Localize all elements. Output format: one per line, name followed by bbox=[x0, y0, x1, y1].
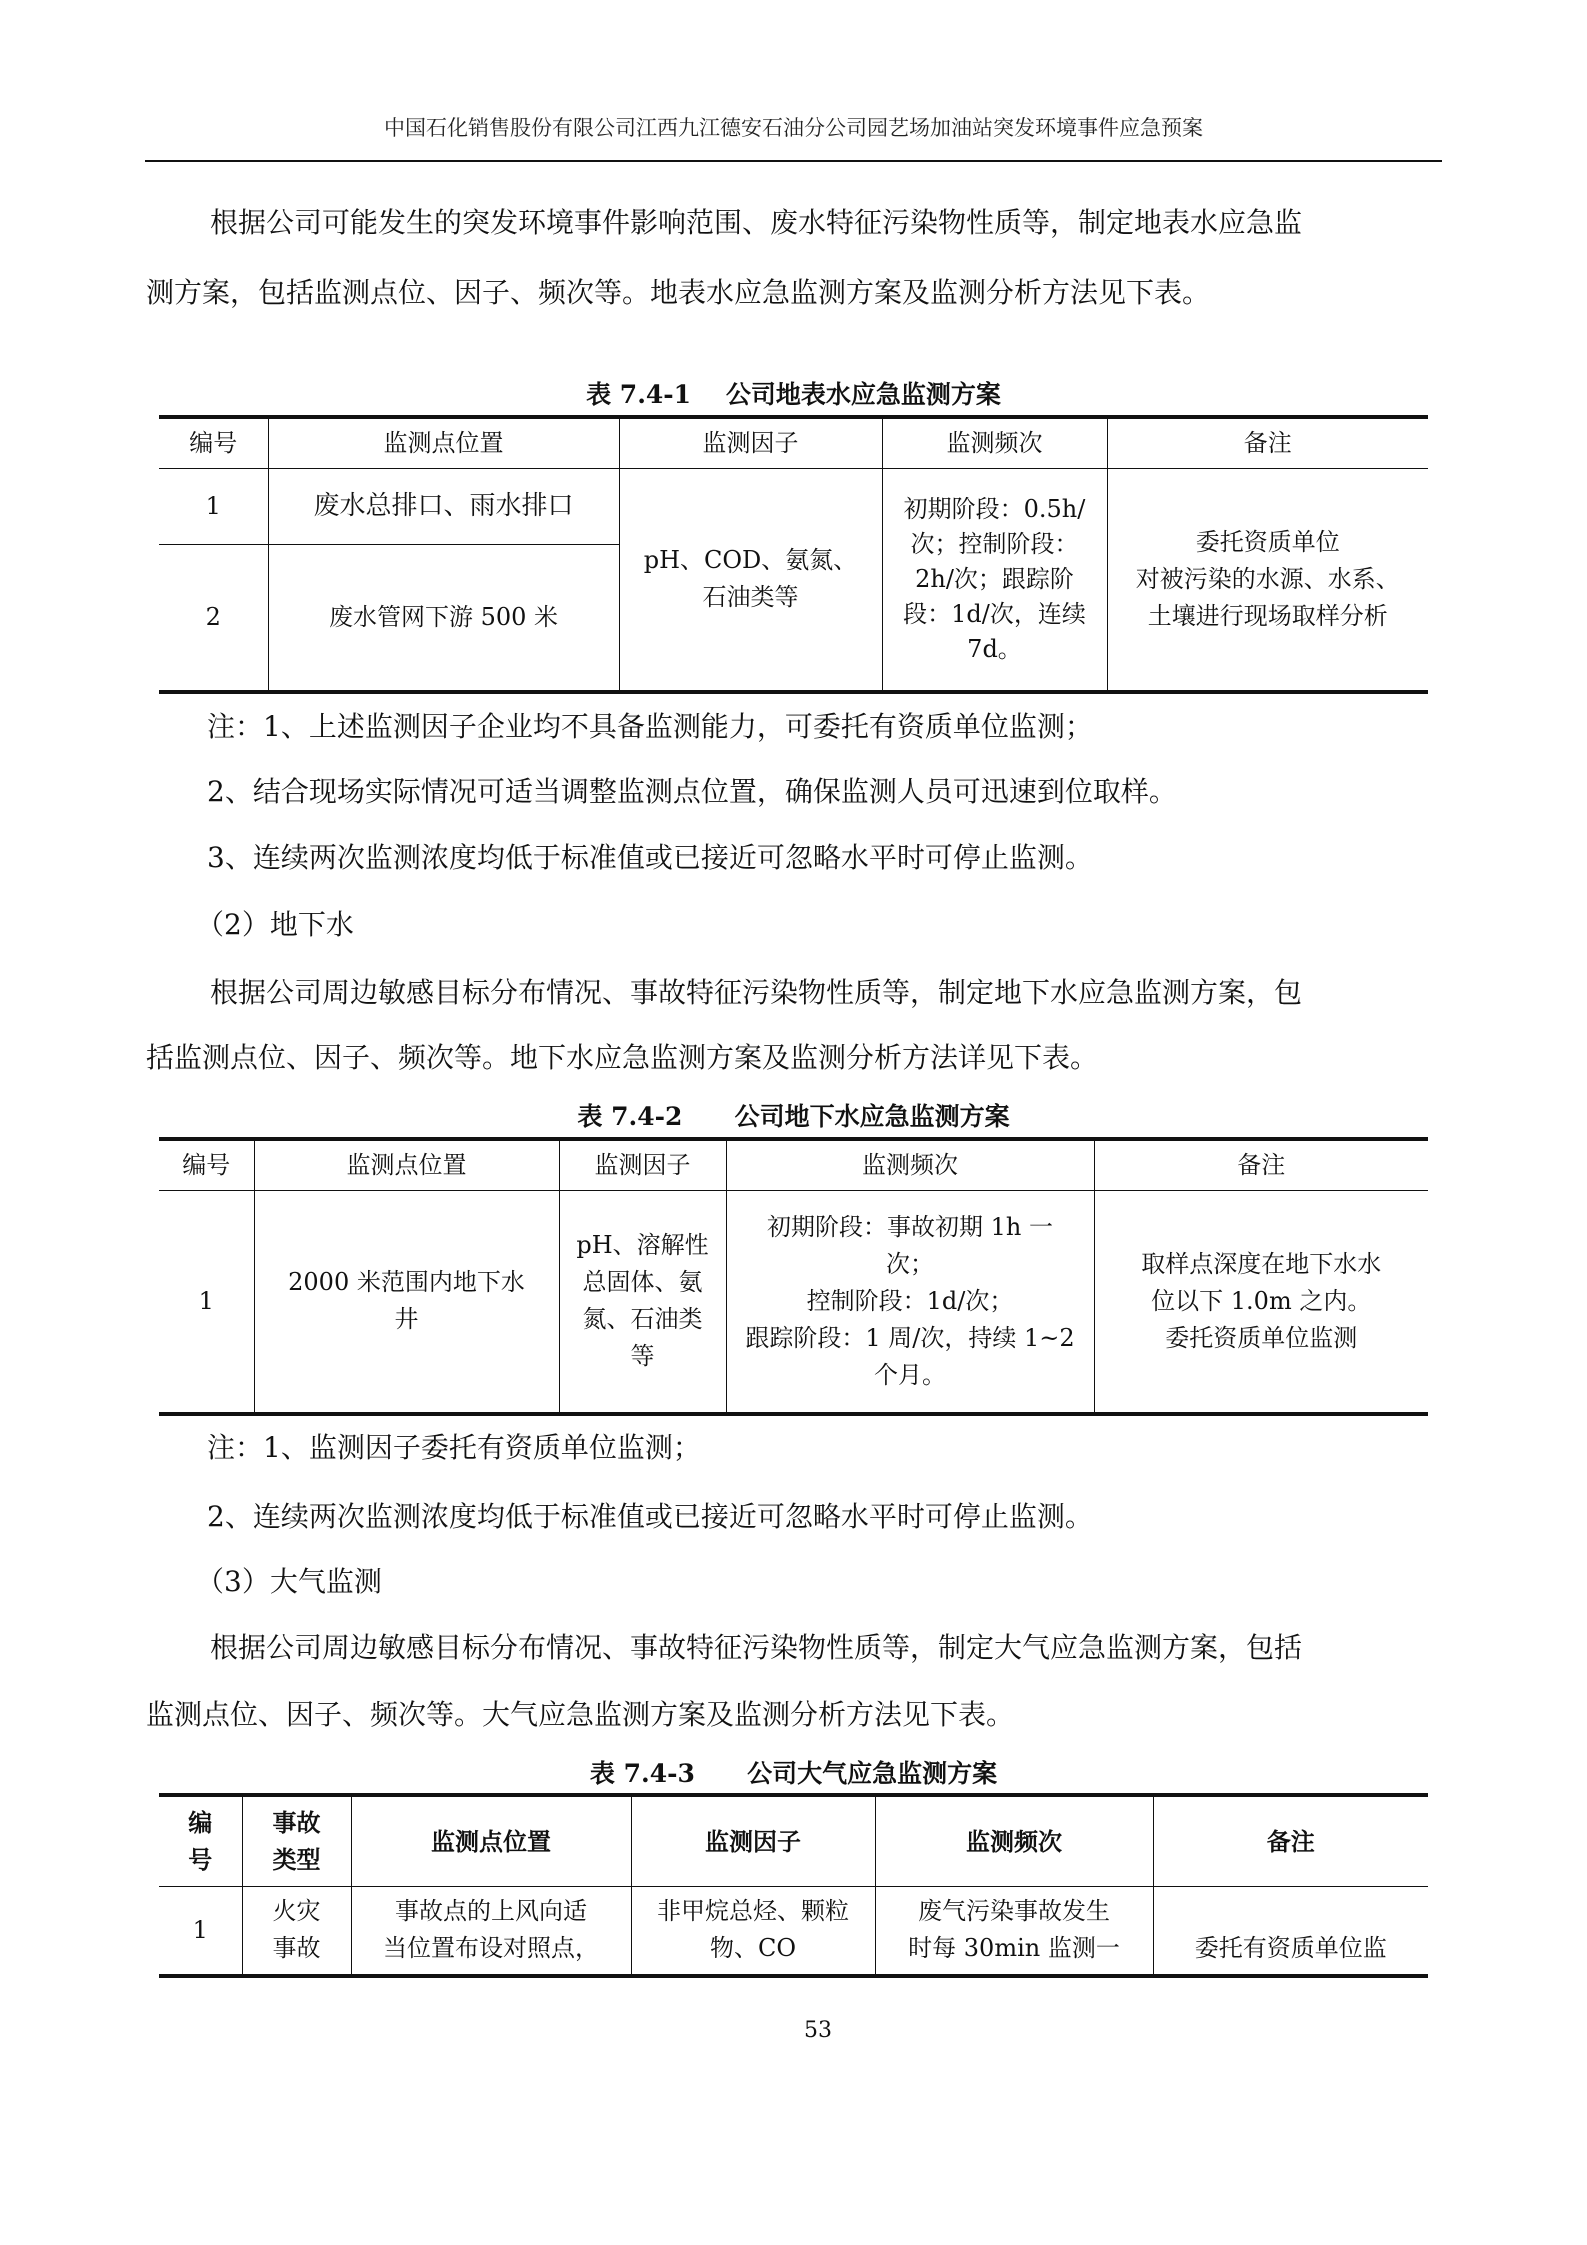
cell-line: 总固体、氨 bbox=[566, 1264, 720, 1301]
cell-line: 个月。 bbox=[733, 1357, 1088, 1394]
groundwater-intro-line-2: 括监测点位、因子、频次等。地下水应急监测方案及监测分析方法详见下表。 bbox=[146, 1038, 1098, 1078]
location-cell: 2000 米范围内地下水 井 bbox=[254, 1190, 559, 1414]
table-row: 1 火灾 事故 事故点的上风向适 当位置布设对照点， 非甲烷总烃、颗粒 物、CO… bbox=[159, 1886, 1428, 1976]
cell-line: 土壤进行现场取样分析 bbox=[1114, 598, 1423, 635]
cell-line: 物、CO bbox=[638, 1930, 869, 1967]
cell-line: 废气污染事故发生 bbox=[882, 1893, 1147, 1930]
cell-line: 段：1d/次，连续 bbox=[889, 597, 1101, 632]
cell-line: pH、溶解性 bbox=[566, 1227, 720, 1264]
table-header-cell: 监测点位置 bbox=[268, 417, 619, 468]
cell-line: 次；控制阶段： bbox=[889, 527, 1101, 562]
table-header-cell: 监测因子 bbox=[631, 1795, 875, 1886]
surface-water-monitoring-table: 编号 监测点位置 监测因子 监测频次 备注 1 废水总排口、雨水排口 pH、CO… bbox=[159, 415, 1428, 694]
cell-line: 非甲烷总烃、颗粒 bbox=[638, 1893, 869, 1930]
row-number-cell: 1 bbox=[159, 1886, 242, 1976]
cell-line: 石油类等 bbox=[626, 579, 876, 616]
cell-line: 事故 bbox=[249, 1804, 345, 1841]
cell-line: 控制阶段：1d/次； bbox=[733, 1283, 1088, 1320]
cell-line: 对被污染的水源、水系、 bbox=[1114, 561, 1423, 598]
row-number-cell: 2 bbox=[159, 544, 268, 692]
remark-cell: 取样点深度在地下水水 位以下 1.0m 之内。 委托资质单位监测 bbox=[1094, 1190, 1428, 1414]
table-7-4-3-caption: 表 7.4-3 公司大气应急监测方案 bbox=[159, 1756, 1428, 1792]
cell-line: 火灾 bbox=[249, 1893, 345, 1930]
location-cell: 废水管网下游 500 米 bbox=[268, 544, 619, 692]
cell-line bbox=[1160, 1893, 1423, 1930]
remark-cell: 委托资质单位 对被污染的水源、水系、 土壤进行现场取样分析 bbox=[1107, 468, 1428, 692]
table-header-cell: 监测频次 bbox=[875, 1795, 1153, 1886]
cell-line: 取样点深度在地下水水 bbox=[1101, 1246, 1423, 1283]
table-header-cell: 编号 bbox=[159, 417, 268, 468]
accident-type-cell: 火灾 事故 bbox=[242, 1886, 351, 1976]
remark-cell: 委托有资质单位监 bbox=[1153, 1886, 1428, 1976]
air-monitoring-table: 编 号 事故 类型 监测点位置 监测因子 监测频次 备注 1 火灾 事故 事故点… bbox=[159, 1793, 1428, 1978]
table-row: 1 2000 米范围内地下水 井 pH、溶解性 总固体、氨 氮、石油类 等 初期… bbox=[159, 1190, 1428, 1414]
running-header-title: 中国石化销售股份有限公司江西九江德安石油分公司园艺场加油站突发环境事件应急预案 bbox=[145, 112, 1442, 144]
cell-line: 事故 bbox=[249, 1930, 345, 1967]
location-cell: 事故点的上风向适 当位置布设对照点， bbox=[351, 1886, 631, 1976]
cell-line: 2h/次；跟踪阶 bbox=[889, 562, 1101, 597]
table-header-cell: 监测点位置 bbox=[351, 1795, 631, 1886]
surface-water-intro-line-1: 根据公司可能发生的突发环境事件影响范围、废水特征污染物性质等，制定地表水应急监 bbox=[210, 203, 1302, 243]
surface-water-note-3: 3、连续两次监测浓度均低于标准值或已接近可忽略水平时可停止监测。 bbox=[207, 838, 1093, 878]
cell-line: 初期阶段：事故初期 1h 一 bbox=[733, 1209, 1088, 1246]
cell-line: 初期阶段：0.5h/ bbox=[889, 492, 1101, 527]
cell-line: 井 bbox=[261, 1301, 553, 1338]
cell-line: 当位置布设对照点， bbox=[358, 1930, 625, 1967]
table-header-cell: 监测频次 bbox=[726, 1139, 1094, 1190]
air-heading: （3）大气监测 bbox=[196, 1562, 382, 1602]
frequency-cell: 初期阶段：事故初期 1h 一 次； 控制阶段：1d/次； 跟踪阶段：1 周/次，… bbox=[726, 1190, 1094, 1414]
cell-line: 事故点的上风向适 bbox=[358, 1893, 625, 1930]
cell-line: 次； bbox=[733, 1246, 1088, 1283]
cell-line: pH、COD、氨氮、 bbox=[626, 542, 876, 579]
groundwater-note-2: 2、连续两次监测浓度均低于标准值或已接近可忽略水平时可停止监测。 bbox=[207, 1497, 1093, 1537]
cell-line: 氮、石油类 bbox=[566, 1301, 720, 1338]
groundwater-note-1: 注：1、监测因子委托有资质单位监测； bbox=[207, 1428, 701, 1468]
cell-line: 时每 30min 监测一 bbox=[882, 1930, 1147, 1967]
table-7-4-2-caption: 表 7.4-2 公司地下水应急监测方案 bbox=[159, 1099, 1428, 1135]
factors-cell: pH、COD、氨氮、 石油类等 bbox=[619, 468, 882, 692]
frequency-cell: 初期阶段：0.5h/ 次；控制阶段： 2h/次；跟踪阶 段：1d/次，连续 7d… bbox=[882, 468, 1107, 692]
cell-line: 委托资质单位监测 bbox=[1101, 1320, 1423, 1357]
cell-line: 等 bbox=[566, 1338, 720, 1375]
table-header-cell: 监测频次 bbox=[882, 417, 1107, 468]
groundwater-intro-line-1: 根据公司周边敏感目标分布情况、事故特征污染物性质等，制定地下水应急监测方案，包 bbox=[210, 973, 1302, 1013]
surface-water-intro-line-2: 测方案，包括监测点位、因子、频次等。地表水应急监测方案及监测分析方法见下表。 bbox=[146, 273, 1210, 313]
table-header-cell: 监测因子 bbox=[559, 1139, 726, 1190]
groundwater-monitoring-table: 编号 监测点位置 监测因子 监测频次 备注 1 2000 米范围内地下水 井 p… bbox=[159, 1137, 1428, 1416]
table-row: 1 废水总排口、雨水排口 pH、COD、氨氮、 石油类等 初期阶段：0.5h/ … bbox=[159, 468, 1428, 544]
groundwater-heading: （2）地下水 bbox=[196, 905, 354, 945]
air-intro-line-1: 根据公司周边敏感目标分布情况、事故特征污染物性质等，制定大气应急监测方案，包括 bbox=[210, 1628, 1302, 1668]
page-number: 53 bbox=[780, 2015, 856, 2047]
table-header-cell: 编号 bbox=[159, 1139, 254, 1190]
cell-line: 号 bbox=[165, 1841, 236, 1878]
table-header-cell: 事故 类型 bbox=[242, 1795, 351, 1886]
cell-line: 委托资质单位 bbox=[1114, 524, 1423, 561]
cell-line: 委托有资质单位监 bbox=[1160, 1930, 1423, 1967]
table-7-4-1-caption: 表 7.4-1 公司地表水应急监测方案 bbox=[159, 377, 1428, 413]
header-divider bbox=[145, 160, 1442, 162]
table-header-cell: 备注 bbox=[1094, 1139, 1428, 1190]
table-header-cell: 编 号 bbox=[159, 1795, 242, 1886]
factors-cell: 非甲烷总烃、颗粒 物、CO bbox=[631, 1886, 875, 1976]
surface-water-note-1: 注：1、上述监测因子企业均不具备监测能力，可委托有资质单位监测； bbox=[207, 707, 1093, 747]
factors-cell: pH、溶解性 总固体、氨 氮、石油类 等 bbox=[559, 1190, 726, 1414]
row-number-cell: 1 bbox=[159, 468, 268, 544]
frequency-cell: 废气污染事故发生 时每 30min 监测一 bbox=[875, 1886, 1153, 1976]
air-intro-line-2: 监测点位、因子、频次等。大气应急监测方案及监测分析方法见下表。 bbox=[146, 1695, 1014, 1735]
location-cell: 废水总排口、雨水排口 bbox=[268, 468, 619, 544]
cell-line: 位以下 1.0m 之内。 bbox=[1101, 1283, 1423, 1320]
cell-line: 跟踪阶段：1 周/次，持续 1~2 bbox=[733, 1320, 1088, 1357]
table-header-cell: 监测因子 bbox=[619, 417, 882, 468]
row-number-cell: 1 bbox=[159, 1190, 254, 1414]
cell-line: 编 bbox=[165, 1804, 236, 1841]
cell-line: 2000 米范围内地下水 bbox=[261, 1264, 553, 1301]
table-header-cell: 监测点位置 bbox=[254, 1139, 559, 1190]
table-header-cell: 备注 bbox=[1153, 1795, 1428, 1886]
table-header-cell: 备注 bbox=[1107, 417, 1428, 468]
cell-line: 类型 bbox=[249, 1841, 345, 1878]
cell-line: 7d。 bbox=[889, 632, 1101, 667]
surface-water-note-2: 2、结合现场实际情况可适当调整监测点位置，确保监测人员可迅速到位取样。 bbox=[207, 772, 1177, 812]
